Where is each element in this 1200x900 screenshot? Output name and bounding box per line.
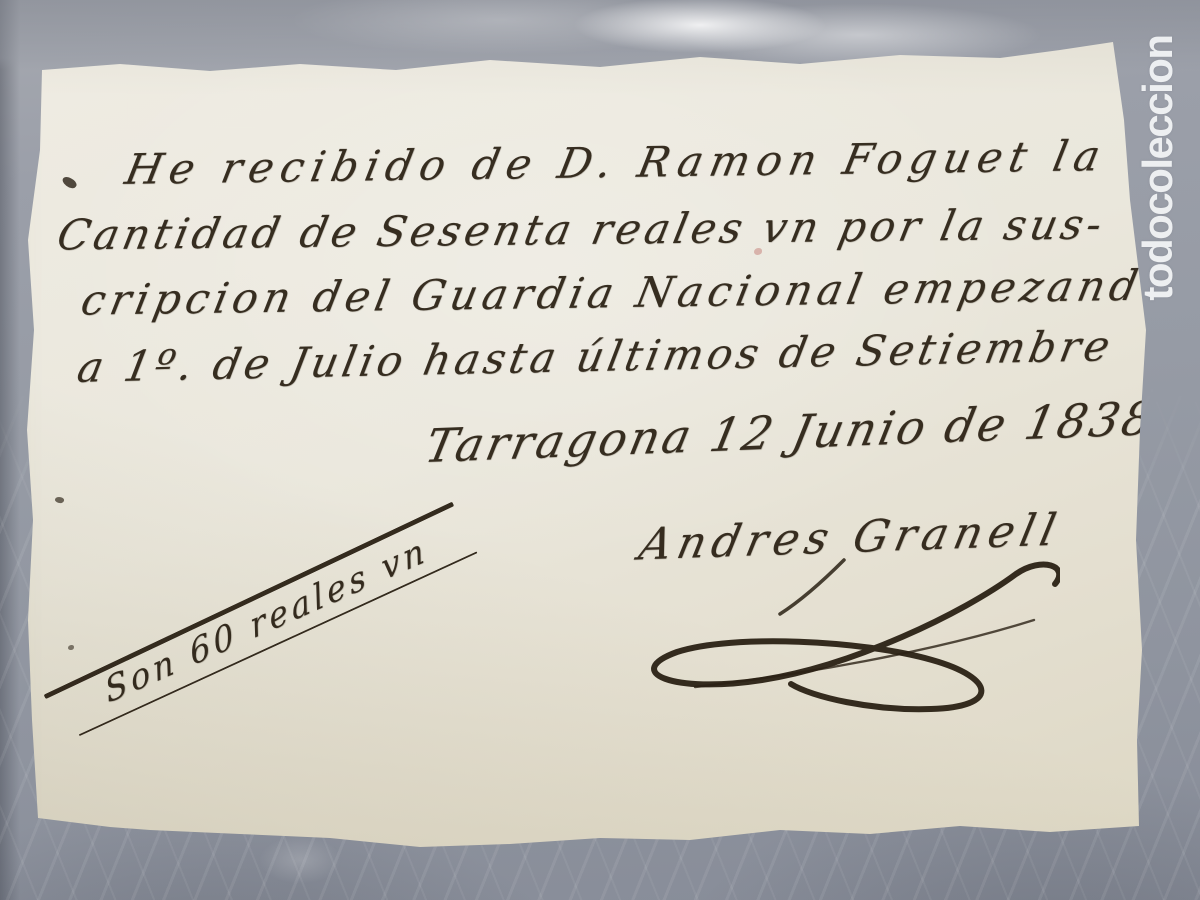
amount-note: Son 60 reales vn [62, 506, 477, 731]
amount-note-text: Son 60 reales vn [102, 512, 470, 712]
handwritten-line-4: a 1º. de Julio hasta últimos de Setiembr… [73, 321, 1117, 392]
handwritten-dateline: Tarragona 12 Junio de 1838 [421, 391, 1161, 473]
handwritten-line-1: He recibido de D. Ramon Foguet la [121, 131, 1111, 194]
todocoleccion-watermark: todocoleccion [1134, 18, 1182, 318]
ink-speck [61, 174, 78, 190]
ink-speck [54, 496, 64, 504]
ink-speck [68, 645, 74, 650]
amount-rule-bottom [79, 551, 478, 736]
signature-flourish-icon [600, 556, 1060, 726]
stain-speck [754, 248, 762, 255]
receipt-paper: He recibido de D. Ramon Foguet la Cantid… [0, 0, 1200, 900]
photo-scene: He recibido de D. Ramon Foguet la Cantid… [0, 0, 1200, 900]
handwritten-line-3: cripcion del Guardia Nacional empezando [77, 260, 1177, 324]
handwritten-line-2: Cantidad de Sesenta reales vn por la sus… [53, 199, 1110, 259]
